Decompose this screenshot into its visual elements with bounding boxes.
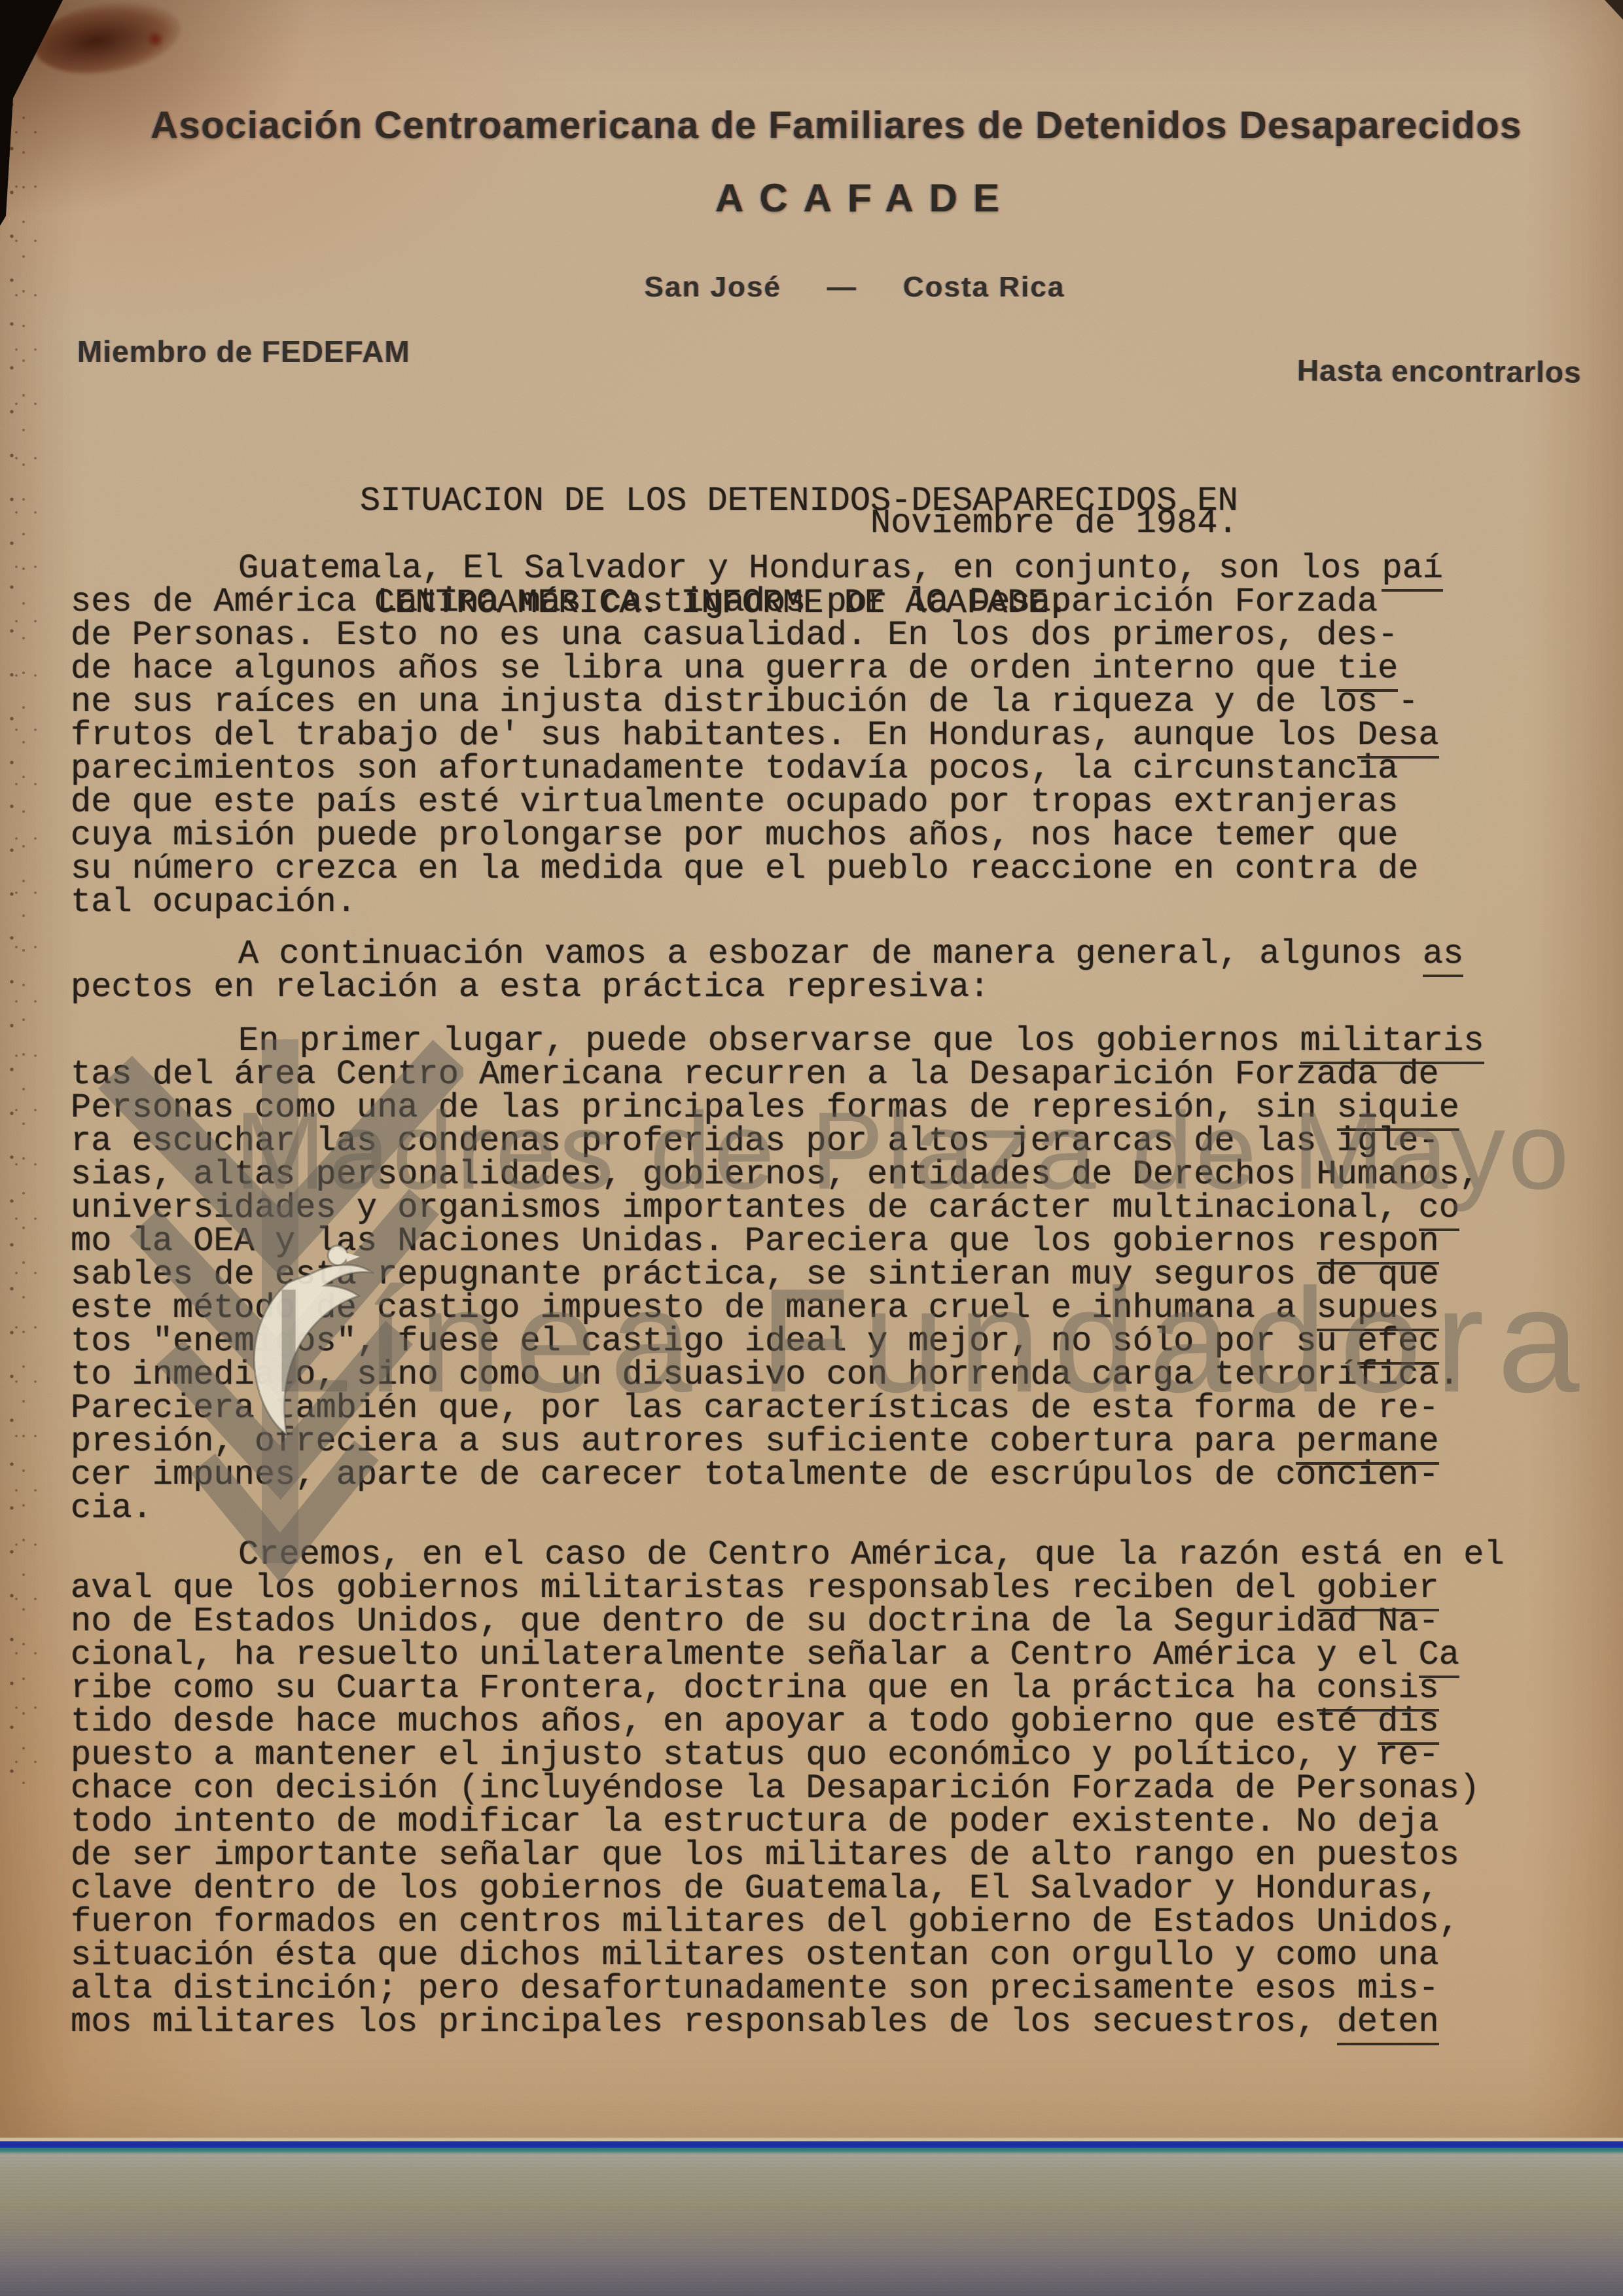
typewritten-line: sias, altas personalidades, gobiernos, e… bbox=[71, 1158, 1576, 1191]
typewritten-line: tal ocupación. bbox=[71, 886, 1576, 919]
paper-edge-speckles bbox=[7, 98, 38, 1813]
burn-dot bbox=[145, 31, 165, 47]
typewritten-line: fueron formados en centros militares del… bbox=[71, 1905, 1576, 1939]
paragraph-3: En primer lugar, puede observarse que lo… bbox=[71, 1024, 1576, 1525]
typewritten-line: de Personas. Esto no es una casualidad. … bbox=[71, 619, 1576, 652]
location-country: Costa Rica bbox=[903, 271, 1065, 303]
typewritten-line: alta distinción; pero desafortunadamente… bbox=[71, 1972, 1576, 2005]
scanner-band-noise bbox=[0, 2138, 1623, 2296]
motto-line: Hasta encontrarlos bbox=[1297, 352, 1582, 389]
typewritten-line: frutos del trabajo de' sus habitantes. E… bbox=[71, 719, 1576, 752]
typewritten-line: A continuación vamos a esbozar de manera… bbox=[71, 937, 1576, 971]
typewritten-line: de ser importante señalar que los milita… bbox=[71, 1839, 1576, 1872]
typewritten-line: cer impunes, aparte de carecer totalment… bbox=[71, 1458, 1576, 1492]
typewritten-line: cuya misión puede prolongarse por muchos… bbox=[71, 819, 1576, 852]
typewritten-line: Creemos, en el caso de Centro América, q… bbox=[71, 1538, 1576, 1571]
scanner-bottom-band bbox=[0, 2138, 1623, 2296]
typewritten-line: to inmediato, sino como un disuasivo con… bbox=[71, 1358, 1576, 1391]
typewritten-line: clave dentro de los gobiernos de Guatema… bbox=[71, 1872, 1576, 1905]
typewritten-line: Pareciera también que, por las caracterí… bbox=[71, 1391, 1576, 1425]
typewritten-line: ses de América Latina más castigados por… bbox=[71, 585, 1576, 619]
typewritten-line: mos militares los principales responsabl… bbox=[71, 2005, 1576, 2039]
typewritten-line: presión, ofreciera a sus autrores sufici… bbox=[71, 1425, 1576, 1458]
typewritten-line: sables de esta repugnante práctica, se s… bbox=[71, 1258, 1576, 1291]
typewritten-line: ne sus raíces en una injusta distribució… bbox=[71, 685, 1576, 719]
typewritten-line: situación ésta que dichos militares oste… bbox=[71, 1939, 1576, 1972]
paragraph-2: A continuación vamos a esbozar de manera… bbox=[71, 937, 1576, 1004]
location-city: San José bbox=[645, 271, 781, 303]
typewritten-line: tido desde hace muchos años, en apoyar a… bbox=[71, 1705, 1576, 1738]
typewritten-line: tas del área Centro Americana recurren a… bbox=[71, 1058, 1576, 1091]
typewritten-line: Guatemala, El Salvador y Honduras, en co… bbox=[71, 552, 1576, 585]
paper-sheet: Asociación Centroamericana de Familiares… bbox=[0, 0, 1623, 2142]
report-date: Noviembre de 1984. bbox=[870, 504, 1238, 543]
member-line: Miembro de FEDEFAM bbox=[77, 334, 410, 369]
typewritten-line: parecimientos son afortunadamente todaví… bbox=[71, 752, 1576, 785]
typewritten-line: tos "enemigos", fuese el castigo ideal y… bbox=[71, 1325, 1576, 1358]
typewritten-line: no de Estados Unidos, que dentro de su d… bbox=[71, 1605, 1576, 1638]
typewritten-line: este método de castigo impuesto de maner… bbox=[71, 1291, 1576, 1325]
location-line: San José—Costa Rica bbox=[43, 271, 1623, 304]
typewritten-line: puesto a mantener el injusto status quo … bbox=[71, 1738, 1576, 1772]
typewritten-line: de hace algunos años se libra una guerra… bbox=[71, 652, 1576, 685]
typewritten-line: universidades y organismos importantes d… bbox=[71, 1191, 1576, 1225]
typewritten-line: ra escuchar las condenas proferidas por … bbox=[71, 1124, 1576, 1158]
typewritten-line: pectos en relación a esta práctica repre… bbox=[71, 971, 1576, 1004]
typewritten-line: chace con decisión (incluyéndose la Desa… bbox=[71, 1772, 1576, 1805]
paragraph-1: Guatemala, El Salvador y Honduras, en co… bbox=[71, 552, 1576, 919]
report-body: Guatemala, El Salvador y Honduras, en co… bbox=[71, 552, 1576, 2039]
paragraph-4: Creemos, en el caso de Centro América, q… bbox=[71, 1538, 1576, 2039]
typewritten-line: todo intento de modificar la estructura … bbox=[71, 1805, 1576, 1839]
typewritten-line: aval que los gobiernos militaristas resp… bbox=[71, 1571, 1576, 1605]
location-dash: — bbox=[827, 271, 857, 303]
typewritten-line: cia. bbox=[71, 1492, 1576, 1525]
typewritten-line: de que este país esté virtualmente ocupa… bbox=[71, 785, 1576, 819]
typewritten-line: En primer lugar, puede observarse que lo… bbox=[71, 1024, 1576, 1058]
typewritten-line: ribe como su Cuarta Frontera, doctrina q… bbox=[71, 1672, 1576, 1705]
organization-name: Asociación Centroamericana de Familiares… bbox=[25, 103, 1623, 147]
organization-acronym: ACAFADE bbox=[54, 175, 1623, 221]
scanned-document-page: Asociación Centroamericana de Familiares… bbox=[0, 0, 1623, 2296]
typewritten-line: su número crezca en la medida que el pue… bbox=[71, 852, 1576, 886]
typewritten-line: Personas como una de las principales for… bbox=[71, 1091, 1576, 1124]
typewritten-line: cional, ha resuelto unilateralmente seña… bbox=[71, 1638, 1576, 1672]
typewritten-line: mo la OEA y las Naciones Unidas. Parecie… bbox=[71, 1225, 1576, 1258]
